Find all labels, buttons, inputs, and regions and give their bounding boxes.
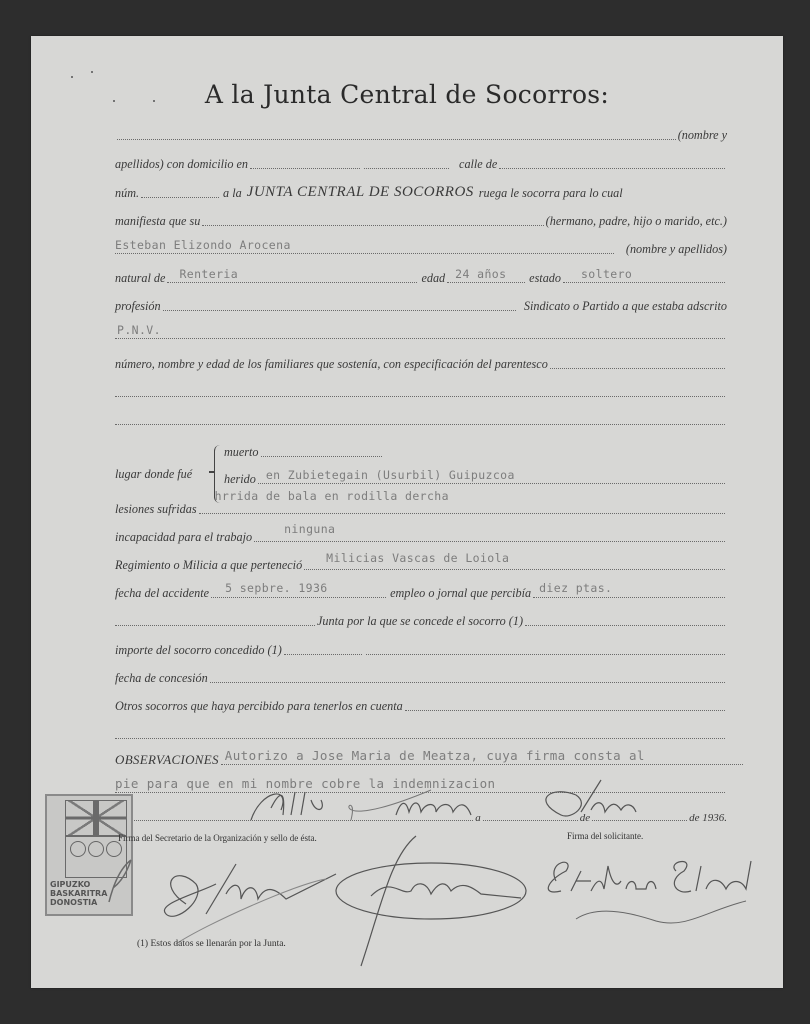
- field-muerto[interactable]: [261, 442, 382, 457]
- label-familiares: número, nombre y edad de los familiares …: [115, 357, 548, 373]
- typed-empleo: diez ptas.: [539, 581, 612, 595]
- label-lugar-wrap: lugar donde fué: [115, 463, 215, 483]
- form-paper: A la Junta Central de Socorros: (nombre …: [31, 36, 783, 988]
- flag-icon: [65, 800, 127, 836]
- field-domicilio[interactable]: [250, 154, 360, 169]
- form-line-muerto: muerto: [224, 441, 384, 461]
- label-profesion: profesión: [115, 299, 161, 315]
- field-calle[interactable]: [499, 154, 725, 169]
- label-otros: Otros socorros que haya percibido para t…: [115, 699, 403, 715]
- field-natural[interactable]: Renteria: [167, 268, 417, 283]
- typed-fecha-accidente: 5 sepbre. 1936: [225, 581, 328, 595]
- handwritten-date: [231, 780, 701, 830]
- applicant-signature: [536, 851, 766, 931]
- form-line-incapacidad: incapacidad para el trabajo ninguna: [115, 526, 727, 546]
- field-domicilio-2[interactable]: [364, 154, 449, 169]
- form-line-familiares-3: [115, 409, 727, 429]
- label-muerto: muerto: [224, 445, 259, 461]
- label-ruega: ruega le socorra para lo cual: [479, 186, 623, 202]
- quill-icon: [103, 858, 133, 908]
- form-line-partido: P.N.V.: [115, 323, 727, 343]
- field-num[interactable]: [141, 183, 219, 198]
- field-importe-a[interactable]: [284, 640, 362, 655]
- form-line-natural: natural de Renteria edad 24 años estado …: [115, 267, 727, 287]
- paper-speck: [113, 100, 115, 102]
- field-herido[interactable]: en Zubietegain (Usurbil) Guipuzcoa: [258, 469, 725, 484]
- caption-applicant-signature: Firma del solicitante.: [567, 831, 643, 841]
- field-junta[interactable]: [525, 611, 725, 626]
- field-junta-a[interactable]: [115, 611, 315, 626]
- typed-herido: en Zubietegain (Usurbil) Guipuzcoa: [266, 468, 515, 482]
- field-edad[interactable]: 24 años: [447, 268, 525, 283]
- form-line-nombre-victima: Esteban Elizondo Arocena (nombre y apell…: [115, 238, 727, 258]
- paper-speck: [153, 100, 155, 102]
- secretary-signature: [146, 844, 346, 954]
- field-empleo[interactable]: diez ptas.: [533, 583, 725, 598]
- label-natural: natural de: [115, 271, 165, 287]
- label-num: núm.: [115, 186, 139, 202]
- form-line-familiares: número, nombre y edad de los familiares …: [115, 353, 727, 373]
- field-fecha-accidente[interactable]: 5 sepbre. 1936: [211, 583, 386, 598]
- form-line-observaciones: OBSERVACIONES Autorizo a Jose Maria de M…: [115, 749, 745, 769]
- organization-stamp: GIPUZKO BASKARITRA DONOSTIA: [45, 794, 133, 916]
- form-line-otros-2: [115, 723, 727, 743]
- field-partido[interactable]: P.N.V.: [115, 324, 725, 339]
- form-title: A la Junta Central de Socorros:: [31, 80, 783, 109]
- form-line-domicilio: apellidos) con domicilio en calle de: [115, 153, 727, 173]
- field-familiares-3[interactable]: [115, 410, 725, 425]
- stamp-text: GIPUZKO BASKARITRA DONOSTIA: [50, 880, 107, 907]
- field-parentesco[interactable]: [202, 211, 543, 226]
- label-lesiones: lesiones sufridas: [115, 502, 197, 518]
- typed-natural: Renteria: [179, 267, 238, 281]
- typed-observaciones-1: Autorizo a Jose Maria de Meatza, cuya fi…: [225, 748, 645, 763]
- form-line-junta: Junta por la que se concede el socorro (…: [115, 610, 727, 630]
- typed-nombre: Esteban Elizondo Arocena: [115, 238, 291, 252]
- label-a-la: a la: [223, 186, 242, 202]
- field-estado[interactable]: soltero: [563, 268, 725, 283]
- form-line-nombre-solicitante: (nombre y: [115, 124, 727, 144]
- label-observaciones: OBSERVACIONES: [115, 752, 219, 769]
- label-nombre-apellidos: (nombre y apellidos): [626, 242, 727, 258]
- typed-lesiones: hrrida de bala en rodilla dercha: [215, 489, 449, 503]
- field-familiares-2[interactable]: [115, 382, 725, 397]
- label-junta-caps: JUNTA CENTRAL DE SOCORROS: [247, 184, 474, 202]
- form-line-herido: herido en Zubietegain (Usurbil) Guipuzco…: [224, 468, 727, 488]
- caption-secretary-signature: Firma del Secretario de la Organización …: [118, 833, 317, 843]
- label-incapacidad: incapacidad para el trabajo: [115, 530, 252, 546]
- label-calle: calle de: [459, 157, 497, 173]
- label-empleo: empleo o jornal que percibía: [390, 586, 531, 602]
- label-nombre-y: (nombre y: [678, 128, 727, 144]
- label-junta: Junta por la que se concede el socorro (…: [317, 614, 523, 630]
- label-fecha-concesion: fecha de concesión: [115, 671, 208, 687]
- form-line-profesion: profesión Sindicato o Partido a que esta…: [115, 295, 727, 315]
- label-importe: importe del socorro concedido (1): [115, 643, 282, 659]
- label-lugar: lugar donde fué: [115, 467, 192, 483]
- form-line-otros: Otros socorros que haya percibido para t…: [115, 695, 727, 715]
- form-line-regimiento: Regimiento o Milicia a que perteneció Mi…: [115, 554, 727, 574]
- cashier-signature: [321, 836, 541, 976]
- typed-regimiento: Milicias Vascas de Loiola: [326, 551, 509, 565]
- label-herido: herido: [224, 472, 256, 488]
- form-line-importe: importe del socorro concedido (1): [115, 639, 727, 659]
- field-familiares[interactable]: [550, 354, 725, 369]
- field-otros-2[interactable]: [115, 724, 725, 739]
- typed-incapacidad: ninguna: [284, 522, 335, 536]
- form-line-lesiones: lesiones sufridas hrrida de bala en rodi…: [115, 498, 727, 518]
- label-fecha-accidente: fecha del accidente: [115, 586, 209, 602]
- typed-edad: 24 años: [455, 267, 506, 281]
- field-fecha-concesion[interactable]: [210, 668, 725, 683]
- label-sindicato: Sindicato o Partido a que estaba adscrit…: [524, 299, 727, 315]
- field-importe[interactable]: [366, 640, 725, 655]
- form-line-fecha-concesion: fecha de concesión: [115, 667, 727, 687]
- label-hermano-padre: (hermano, padre, hijo o marido, etc.): [546, 214, 727, 230]
- field-lesiones[interactable]: hrrida de bala en rodilla dercha: [199, 499, 725, 514]
- typed-partido: P.N.V.: [117, 323, 161, 337]
- form-line-familiares-2: [115, 381, 727, 401]
- field-nombre-solicitante[interactable]: [117, 125, 676, 140]
- label-manifiesta: manifiesta que su: [115, 214, 200, 230]
- paper-speck: [71, 76, 73, 78]
- field-regimiento[interactable]: Milicias Vascas de Loiola: [304, 555, 725, 570]
- form-line-parentesco: manifiesta que su (hermano, padre, hijo …: [115, 210, 727, 230]
- label-estado: estado: [529, 271, 561, 287]
- footnote: (1) Estos datos se llenarán por la Junta…: [137, 939, 286, 949]
- typed-estado: soltero: [581, 267, 632, 281]
- field-observaciones[interactable]: Autorizo a Jose Maria de Meatza, cuya fi…: [221, 750, 743, 765]
- field-otros[interactable]: [405, 696, 725, 711]
- form-line-fecha-accidente: fecha del accidente 5 sepbre. 1936 emple…: [115, 582, 727, 602]
- form-line-num: núm. a la JUNTA CENTRAL DE SOCORROS rueg…: [115, 182, 727, 202]
- label-regimiento: Regimiento o Milicia a que perteneció: [115, 558, 302, 574]
- label-domicilio: apellidos) con domicilio en: [115, 157, 248, 173]
- paper-speck: [91, 71, 93, 73]
- field-nombre-apellidos[interactable]: Esteban Elizondo Arocena: [115, 239, 614, 254]
- field-incapacidad[interactable]: ninguna: [254, 527, 725, 542]
- label-edad: edad: [421, 271, 445, 287]
- field-profesion[interactable]: [163, 296, 516, 311]
